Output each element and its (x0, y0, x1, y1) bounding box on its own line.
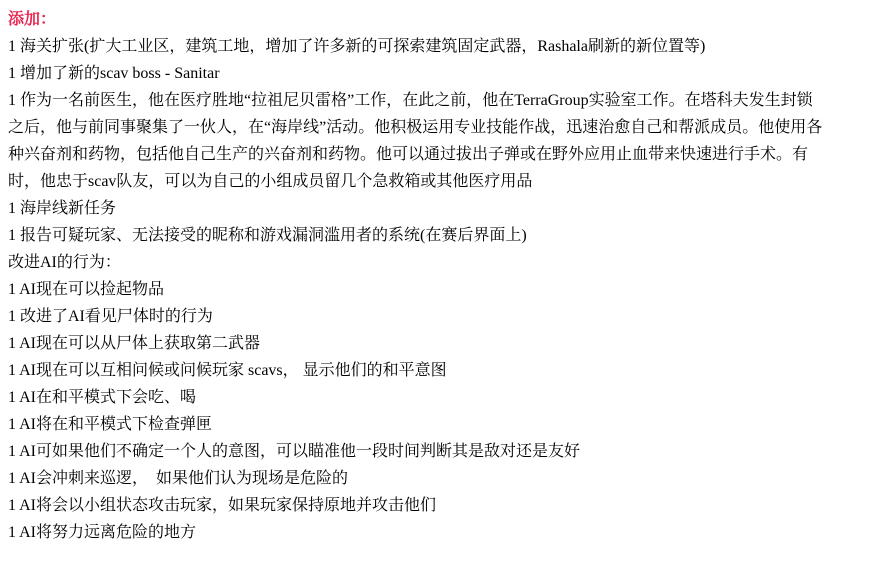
changelog-line-report-system: 1 报告可疑玩家、无法接受的昵称和游戏漏洞滥用者的系统(在赛后界面上) (8, 222, 888, 249)
changelog-line-sanitar-bio-1: 1 作为一名前医生，他在医疗胜地“拉祖尼贝雷格”工作，在此之前，他在TerraG… (8, 87, 888, 114)
changelog-line-ai-greeting: 1 AI现在可以互相问候或问候玩家 scavs， 显示他们的和平意图 (8, 357, 888, 384)
changelog-document: 添加： 1 海关扩张(扩大工业区，建筑工地，增加了许多新的可探索建筑固定武器，R… (0, 0, 888, 563)
changelog-line-ai-pickup-items: 1 AI现在可以捡起物品 (8, 276, 888, 303)
changelog-line-customs-expansion: 1 海关扩张(扩大工业区，建筑工地，增加了许多新的可探索建筑固定武器，Rasha… (8, 33, 888, 60)
changelog-line-shoreline-quests: 1 海岸线新任务 (8, 195, 888, 222)
section-heading-added: 添加： (8, 6, 888, 33)
changelog-line-ai-aim-intent: 1 AI可如果他们不确定一个人的意图，可以瞄准他一段时间判断其是敌对还是友好 (8, 438, 888, 465)
changelog-line-ai-avoid-danger: 1 AI将努力远离危险的地方 (8, 519, 888, 546)
changelog-line-ai-second-weapon: 1 AI现在可以从尸体上获取第二武器 (8, 330, 888, 357)
section-heading-ai-improvements: 改进AI的行为： (8, 249, 888, 276)
changelog-line-ai-group-attack: 1 AI将会以小组状态攻击玩家，如果玩家保持原地并攻击他们 (8, 492, 888, 519)
changelog-line-ai-corpse-behavior: 1 改进了AI看见尸体时的行为 (8, 303, 888, 330)
changelog-line-ai-check-mags: 1 AI将在和平模式下检查弹匣 (8, 411, 888, 438)
changelog-line-new-scav-boss: 1 增加了新的scav boss - Sanitar (8, 60, 888, 87)
changelog-line-sanitar-bio-2: 之后，他与前同事聚集了一伙人，在“海岸线”活动。他积极运用专业技能作战，迅速治愈… (8, 114, 888, 141)
changelog-line-ai-eat-drink: 1 AI在和平模式下会吃、喝 (8, 384, 888, 411)
changelog-line-sanitar-bio-3: 种兴奋剂和药物，包括他自己生产的兴奋剂和药物。他可以通过拔出子弹或在野外应用止血… (8, 141, 888, 168)
changelog-line-sanitar-bio-4: 时，他忠于scav队友，可以为自己的小组成员留几个急救箱或其他医疗用品 (8, 168, 888, 195)
changelog-line-ai-sprint-patrol: 1 AI会冲刺来巡逻， 如果他们认为现场是危险的 (8, 465, 888, 492)
